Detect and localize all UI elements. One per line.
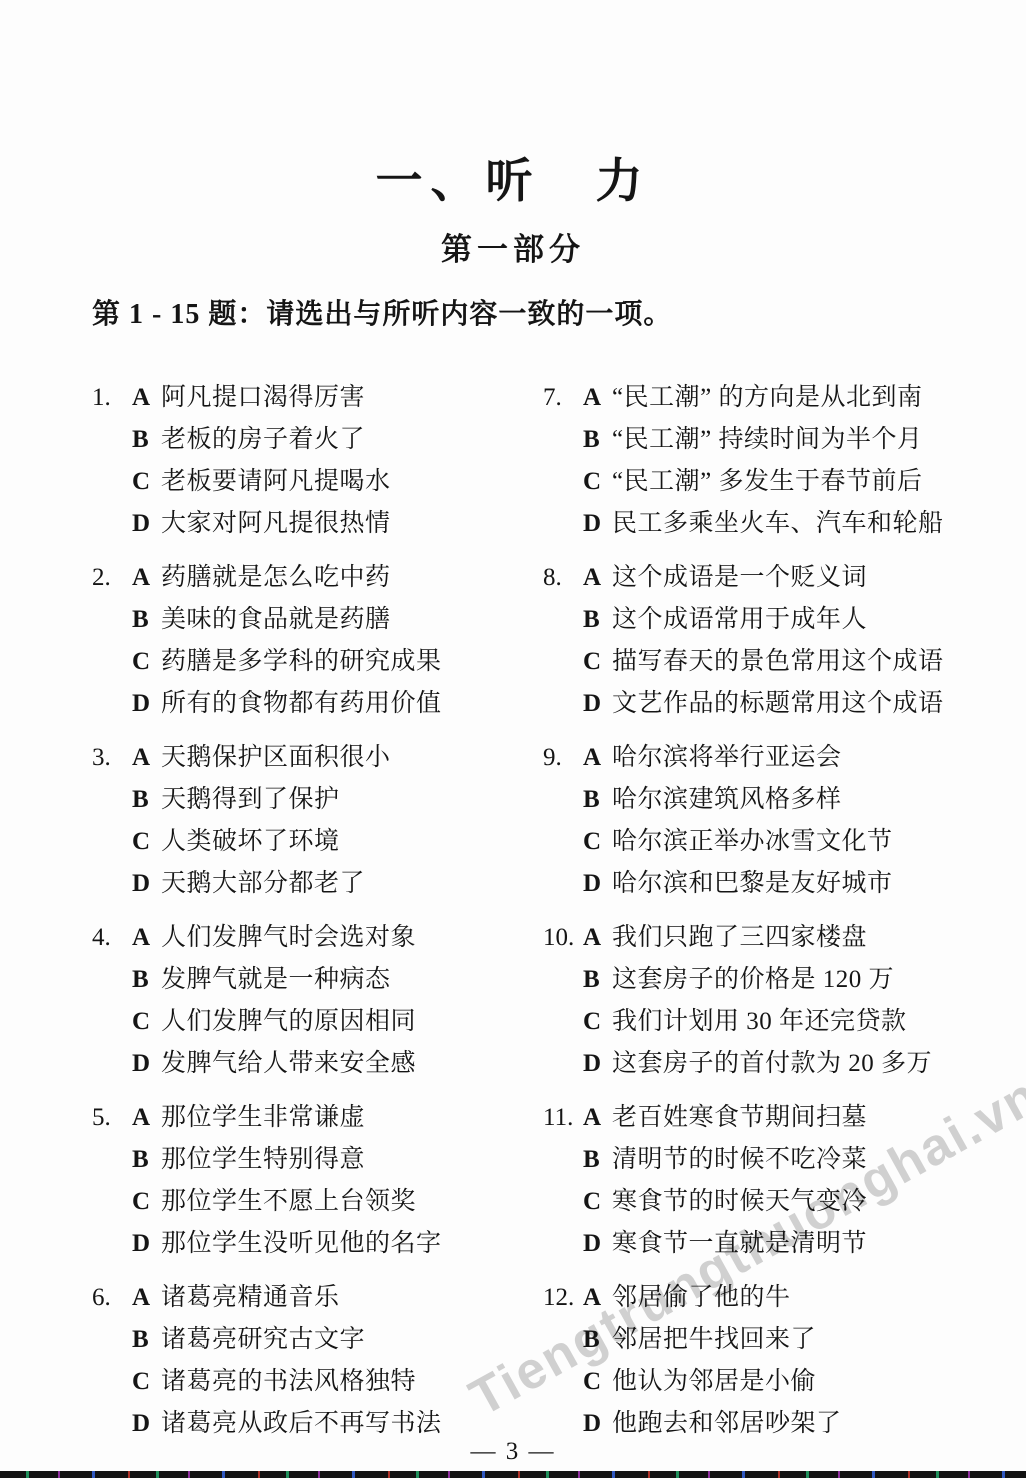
option-text: 所有的食物都有药用价值: [161, 683, 442, 725]
option-text: 我们只跑了三四家楼盘: [612, 917, 867, 959]
question-number: 8.: [543, 557, 583, 599]
question-number: 9.: [543, 737, 583, 779]
option-letter: C: [132, 461, 161, 503]
question-number: 6.: [92, 1277, 132, 1319]
option-letter: B: [583, 959, 612, 1001]
option-text: 发脾气就是一种病态: [161, 959, 391, 1001]
question-number: [543, 599, 583, 641]
option-row: D寒食节一直就是清明节: [543, 1223, 944, 1265]
option-row: D文艺作品的标题常用这个成语: [543, 683, 944, 725]
option-letter: D: [132, 1223, 161, 1265]
option-letter: A: [132, 1097, 161, 1139]
option-letter: D: [583, 683, 612, 725]
question-number: [92, 821, 132, 863]
question-number: [92, 503, 132, 545]
option-letter: A: [583, 377, 612, 419]
option-row: C人们发脾气的原因相同: [92, 1001, 442, 1043]
option-row: D哈尔滨和巴黎是友好城市: [543, 863, 944, 905]
question-block: 8.A这个成语是一个贬义词B这个成语常用于成年人C描写春天的景色常用这个成语D文…: [543, 557, 944, 725]
option-row: 6.A诸葛亮精通音乐: [92, 1277, 442, 1319]
option-text: “民工潮” 的方向是从北到南: [612, 377, 922, 419]
option-row: 9.A哈尔滨将举行亚运会: [543, 737, 944, 779]
option-text: 清明节的时候不吃冷菜: [612, 1139, 867, 1181]
question-number: [543, 503, 583, 545]
question-number: [543, 779, 583, 821]
option-row: C那位学生不愿上台领奖: [92, 1181, 442, 1223]
option-row: 7.A“民工潮” 的方向是从北到南: [543, 377, 944, 419]
option-letter: C: [132, 1001, 161, 1043]
option-row: B这套房子的价格是 120 万: [543, 959, 944, 1001]
question-number: [92, 863, 132, 905]
option-text: 老板要请阿凡提喝水: [161, 461, 391, 503]
option-row: C“民工潮” 多发生于春节前后: [543, 461, 944, 503]
option-text: 这个成语常用于成年人: [612, 599, 867, 641]
question-number: 7.: [543, 377, 583, 419]
option-text: 那位学生非常谦虚: [161, 1097, 365, 1139]
option-row: D这套房子的首付款为 20 多万: [543, 1043, 944, 1085]
option-row: 5.A那位学生非常谦虚: [92, 1097, 442, 1139]
option-row: 3.A天鹅保护区面积很小: [92, 737, 442, 779]
option-row: 4.A人们发脾气时会选对象: [92, 917, 442, 959]
question-number: [92, 1139, 132, 1181]
option-row: 10.A我们只跑了三四家楼盘: [543, 917, 944, 959]
question-number: 12.: [543, 1277, 583, 1319]
questions-column-right: 7.A“民工潮” 的方向是从北到南B“民工潮” 持续时间为半个月C“民工潮” 多…: [543, 377, 944, 1457]
option-row: D所有的食物都有药用价值: [92, 683, 442, 725]
option-row: C描写春天的景色常用这个成语: [543, 641, 944, 683]
option-row: 8.A这个成语是一个贬义词: [543, 557, 944, 599]
option-row: C人类破坏了环境: [92, 821, 442, 863]
option-text: 描写春天的景色常用这个成语: [612, 641, 944, 683]
option-letter: A: [132, 557, 161, 599]
option-letter: D: [583, 1043, 612, 1085]
option-letter: A: [132, 737, 161, 779]
question-block: 9.A哈尔滨将举行亚运会B哈尔滨建筑风格多样C哈尔滨正举办冰雪文化节D哈尔滨和巴…: [543, 737, 944, 905]
question-number: [543, 419, 583, 461]
question-number: [543, 1001, 583, 1043]
option-letter: B: [583, 1139, 612, 1181]
question-block: 2.A药膳就是怎么吃中药B美味的食品就是药膳C药膳是多学科的研究成果D所有的食物…: [92, 557, 442, 725]
option-row: 11.A老百姓寒食节期间扫墓: [543, 1097, 944, 1139]
option-text: 我们计划用 30 年还完贷款: [612, 1001, 907, 1043]
option-row: B诸葛亮研究古文字: [92, 1319, 442, 1361]
option-text: 人类破坏了环境: [161, 821, 340, 863]
question-number: [543, 863, 583, 905]
question-block: 1.A阿凡提口渴得厉害B老板的房子着火了C老板要请阿凡提喝水D大家对阿凡提很热情: [92, 377, 442, 545]
option-text: 这个成语是一个贬义词: [612, 557, 867, 599]
option-letter: C: [132, 1361, 161, 1403]
question-number: [543, 683, 583, 725]
option-row: B那位学生特别得意: [92, 1139, 442, 1181]
question-number: [92, 641, 132, 683]
question-block: 12.A邻居偷了他的牛B邻居把牛找回来了C他认为邻居是小偷D他跑去和邻居吵架了: [543, 1277, 944, 1445]
option-letter: B: [583, 599, 612, 641]
option-row: 12.A邻居偷了他的牛: [543, 1277, 944, 1319]
option-text: 阿凡提口渴得厉害: [161, 377, 365, 419]
option-letter: A: [583, 1097, 612, 1139]
option-text: 发脾气给人带来安全感: [161, 1043, 416, 1085]
option-row: B这个成语常用于成年人: [543, 599, 944, 641]
option-letter: B: [583, 1319, 612, 1361]
question-number: [543, 1361, 583, 1403]
option-letter: A: [132, 1277, 161, 1319]
option-row: B天鹅得到了保护: [92, 779, 442, 821]
option-letter: B: [132, 599, 161, 641]
option-row: 1.A阿凡提口渴得厉害: [92, 377, 442, 419]
option-letter: D: [132, 683, 161, 725]
question-number: [92, 1319, 132, 1361]
option-letter: C: [132, 1181, 161, 1223]
option-text: 哈尔滨将举行亚运会: [612, 737, 842, 779]
question-number: 11.: [543, 1097, 583, 1139]
option-row: B哈尔滨建筑风格多样: [543, 779, 944, 821]
option-row: D那位学生没听见他的名字: [92, 1223, 442, 1265]
option-row: B“民工潮” 持续时间为半个月: [543, 419, 944, 461]
option-letter: A: [132, 917, 161, 959]
option-text: 民工多乘坐火车、汽车和轮船: [612, 503, 944, 545]
question-number: [92, 461, 132, 503]
option-letter: B: [583, 419, 612, 461]
option-letter: D: [132, 503, 161, 545]
option-text: 老百姓寒食节期间扫墓: [612, 1097, 867, 1139]
option-letter: A: [583, 737, 612, 779]
question-number: 10.: [543, 917, 583, 959]
section-heading: 第一部分: [0, 224, 1026, 269]
question-number: [92, 683, 132, 725]
option-text: “民工潮” 持续时间为半个月: [612, 419, 922, 461]
option-letter: A: [583, 557, 612, 599]
option-text: 大家对阿凡提很热情: [161, 503, 391, 545]
option-row: C药膳是多学科的研究成果: [92, 641, 442, 683]
option-row: D天鹅大部分都老了: [92, 863, 442, 905]
question-number: [92, 419, 132, 461]
instructions: 第 1 - 15 题：请选出与所听内容一致的一项。: [92, 292, 672, 332]
option-letter: B: [132, 779, 161, 821]
option-letter: B: [132, 419, 161, 461]
question-number: [543, 1319, 583, 1361]
option-letter: B: [132, 1319, 161, 1361]
option-text: 邻居偷了他的牛: [612, 1277, 791, 1319]
option-row: B发脾气就是一种病态: [92, 959, 442, 1001]
option-text: 这套房子的价格是 120 万: [612, 959, 894, 1001]
option-text: 美味的食品就是药膳: [161, 599, 391, 641]
question-number: [92, 1001, 132, 1043]
questions-column-left: 1.A阿凡提口渴得厉害B老板的房子着火了C老板要请阿凡提喝水D大家对阿凡提很热情…: [92, 377, 442, 1457]
question-number: [543, 461, 583, 503]
option-letter: D: [132, 863, 161, 905]
option-text: 哈尔滨建筑风格多样: [612, 779, 842, 821]
option-letter: A: [583, 917, 612, 959]
option-letter: D: [132, 1043, 161, 1085]
question-number: 2.: [92, 557, 132, 599]
question-number: [92, 599, 132, 641]
option-row: C我们计划用 30 年还完贷款: [543, 1001, 944, 1043]
question-block: 10.A我们只跑了三四家楼盘B这套房子的价格是 120 万C我们计划用 30 年…: [543, 917, 944, 1085]
option-text: 诸葛亮研究古文字: [161, 1319, 365, 1361]
option-letter: C: [583, 641, 612, 683]
question-number: [92, 1361, 132, 1403]
option-letter: C: [132, 821, 161, 863]
option-row: B美味的食品就是药膳: [92, 599, 442, 641]
option-letter: B: [583, 779, 612, 821]
question-number: 4.: [92, 917, 132, 959]
option-text: 哈尔滨正举办冰雪文化节: [612, 821, 893, 863]
option-text: 人们发脾气时会选对象: [161, 917, 416, 959]
option-letter: B: [132, 959, 161, 1001]
option-row: C诸葛亮的书法风格独特: [92, 1361, 442, 1403]
question-number: 1.: [92, 377, 132, 419]
question-block: 11.A老百姓寒食节期间扫墓B清明节的时候不吃冷菜C寒食节的时候天气变冷D寒食节…: [543, 1097, 944, 1265]
option-text: 文艺作品的标题常用这个成语: [612, 683, 944, 725]
question-number: [543, 1043, 583, 1085]
option-letter: C: [583, 461, 612, 503]
option-row: 2.A药膳就是怎么吃中药: [92, 557, 442, 599]
option-text: 哈尔滨和巴黎是友好城市: [612, 863, 893, 905]
option-letter: D: [583, 503, 612, 545]
option-text: 药膳就是怎么吃中药: [161, 557, 391, 599]
scan-artifact-strip: [0, 1471, 1026, 1478]
option-row: C寒食节的时候天气变冷: [543, 1181, 944, 1223]
option-text: 寒食节一直就是清明节: [612, 1223, 867, 1265]
option-letter: C: [583, 821, 612, 863]
option-letter: C: [132, 641, 161, 683]
option-text: 那位学生不愿上台领奖: [161, 1181, 416, 1223]
option-text: 那位学生没听见他的名字: [161, 1223, 442, 1265]
option-letter: C: [583, 1181, 612, 1223]
question-number: [92, 1181, 132, 1223]
question-number: [92, 959, 132, 1001]
option-row: B清明节的时候不吃冷菜: [543, 1139, 944, 1181]
option-letter: A: [583, 1277, 612, 1319]
question-block: 6.A诸葛亮精通音乐B诸葛亮研究古文字C诸葛亮的书法风格独特D诸葛亮从政后不再写…: [92, 1277, 442, 1445]
option-row: D发脾气给人带来安全感: [92, 1043, 442, 1085]
option-text: 药膳是多学科的研究成果: [161, 641, 442, 683]
question-number: [543, 821, 583, 863]
question-number: [92, 1043, 132, 1085]
option-text: 老板的房子着火了: [161, 419, 365, 461]
page-title: 一、听 力: [0, 144, 1026, 211]
option-letter: C: [583, 1361, 612, 1403]
option-letter: D: [583, 863, 612, 905]
option-text: 诸葛亮的书法风格独特: [161, 1361, 416, 1403]
option-row: D民工多乘坐火车、汽车和轮船: [543, 503, 944, 545]
option-text: 人们发脾气的原因相同: [161, 1001, 416, 1043]
page-number: — 3 —: [0, 1438, 1026, 1466]
option-row: C他认为邻居是小偷: [543, 1361, 944, 1403]
question-number: [92, 1223, 132, 1265]
question-number: [543, 1181, 583, 1223]
option-row: C老板要请阿凡提喝水: [92, 461, 442, 503]
exam-page: Tiengtrungthuonghai.vn 一、听 力 第一部分 第 1 - …: [0, 0, 1026, 1480]
question-block: 7.A“民工潮” 的方向是从北到南B“民工潮” 持续时间为半个月C“民工潮” 多…: [543, 377, 944, 545]
option-letter: A: [132, 377, 161, 419]
question-block: 5.A那位学生非常谦虚B那位学生特别得意C那位学生不愿上台领奖D那位学生没听见他…: [92, 1097, 442, 1265]
option-text: 邻居把牛找回来了: [612, 1319, 816, 1361]
question-number: 3.: [92, 737, 132, 779]
option-row: D大家对阿凡提很热情: [92, 503, 442, 545]
question-number: [92, 779, 132, 821]
option-text: 诸葛亮精通音乐: [161, 1277, 340, 1319]
option-text: 那位学生特别得意: [161, 1139, 365, 1181]
question-block: 4.A人们发脾气时会选对象B发脾气就是一种病态C人们发脾气的原因相同D发脾气给人…: [92, 917, 442, 1085]
option-row: B邻居把牛找回来了: [543, 1319, 944, 1361]
option-letter: B: [132, 1139, 161, 1181]
question-number: 5.: [92, 1097, 132, 1139]
option-text: 天鹅大部分都老了: [161, 863, 365, 905]
question-number: [543, 1139, 583, 1181]
option-text: 天鹅保护区面积很小: [161, 737, 391, 779]
question-number: [543, 1223, 583, 1265]
option-letter: D: [583, 1223, 612, 1265]
question-block: 3.A天鹅保护区面积很小B天鹅得到了保护C人类破坏了环境D天鹅大部分都老了: [92, 737, 442, 905]
question-number: [543, 959, 583, 1001]
option-text: 寒食节的时候天气变冷: [612, 1181, 867, 1223]
option-row: B老板的房子着火了: [92, 419, 442, 461]
option-text: 这套房子的首付款为 20 多万: [612, 1043, 932, 1085]
option-text: 他认为邻居是小偷: [612, 1361, 816, 1403]
option-row: C哈尔滨正举办冰雪文化节: [543, 821, 944, 863]
option-text: “民工潮” 多发生于春节前后: [612, 461, 922, 503]
question-number: [543, 641, 583, 683]
option-text: 天鹅得到了保护: [161, 779, 340, 821]
option-letter: C: [583, 1001, 612, 1043]
